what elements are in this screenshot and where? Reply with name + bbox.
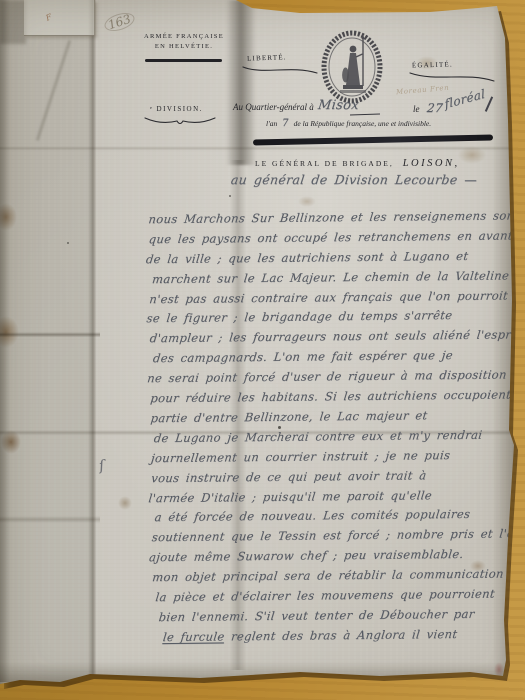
body-line: l'armée D'italie ; puisqu'il me paroit q… xyxy=(148,488,433,505)
body-line: des campagnards. L'on me fait espérer qu… xyxy=(152,348,453,365)
body-line: de la ville ; que les autrichiens sont à… xyxy=(145,249,469,266)
letter-sheet: F 163 ARMÉE FRANÇAISE EN HELVÉTIE. LIBER… xyxy=(0,0,525,700)
body-line: partie d'entre Bellinzone, le Lac majeur… xyxy=(150,408,428,425)
body-line: que les paysans ont occupé les retranche… xyxy=(148,228,514,246)
body-line-underlined: le furcule xyxy=(162,629,225,644)
body-line: marchent sur le Lac Majeur. Le chemin de… xyxy=(151,268,510,286)
body-line: ajoute même Suwarow chef ; peu vraisembl… xyxy=(148,547,464,564)
body-line-last: le furcule reglent des bras à Anglora il… xyxy=(162,627,458,644)
body-line: a été forcée de nouveau. Les comités pop… xyxy=(154,507,471,524)
body-line: la pièce et d'éclairer les mouvemens que… xyxy=(155,587,496,605)
body-line: ne serai point forcé d'user de rigueur à… xyxy=(147,367,508,385)
body-line: nous Marchons Sur Bellinzone et les rens… xyxy=(148,208,520,226)
body-line: de Lugano je Marcherai contre eux et m'y… xyxy=(153,428,483,445)
body-line: bien l'ennemi. S'il veut tenter de Débou… xyxy=(158,607,475,624)
body-line: soutiennent que le Tessin est forcé ; no… xyxy=(151,526,523,544)
body-line: d'ampleur ; les fourrageurs nous ont seu… xyxy=(149,327,521,345)
body-line: pour réduire les habitans. Si les autric… xyxy=(150,387,525,405)
body-line: vous instruire de ce qui peut avoir trai… xyxy=(151,468,428,485)
body-line: mon objet principal sera de rétablir la … xyxy=(152,566,525,584)
body-line-rest: reglent des bras à Anglora il vient xyxy=(224,627,458,643)
letter-body: nous Marchons Sur Bellinzone et les rens… xyxy=(0,0,525,700)
photo-background: F 163 ARMÉE FRANÇAISE EN HELVÉTIE. LIBER… xyxy=(0,0,525,700)
body-line: journellement un courrier instruit ; je … xyxy=(150,448,451,465)
body-line: n'est pas aussi contraire aux français q… xyxy=(149,288,509,306)
body-line: se le figurer ; le brigandage du temps s… xyxy=(146,308,453,325)
